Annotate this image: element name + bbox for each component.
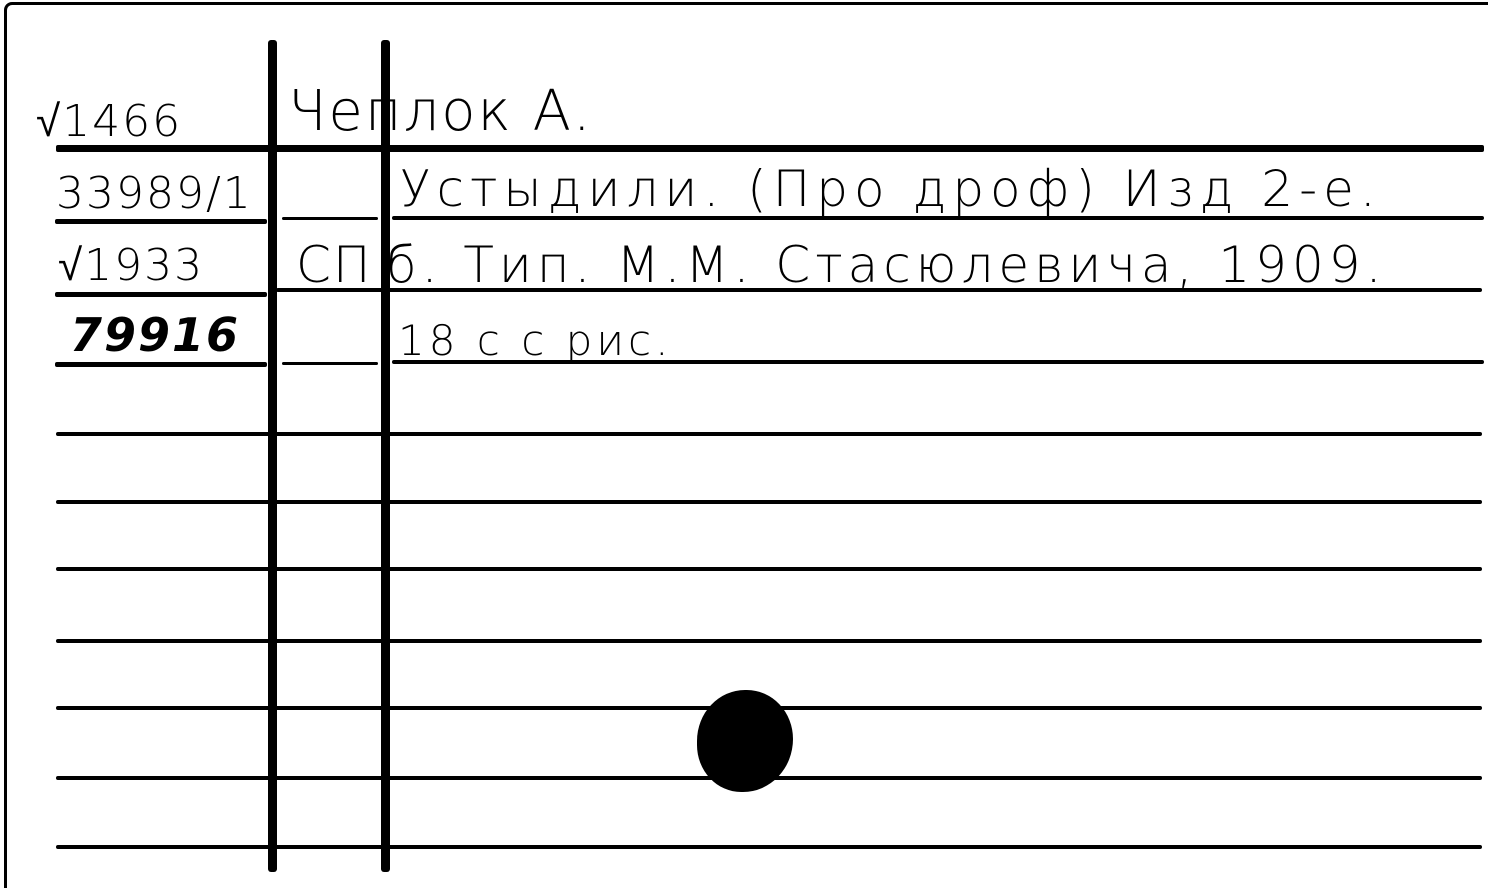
rule-line-4-left — [55, 362, 267, 367]
rule-line-2-left — [55, 219, 267, 224]
author-line: Чеплок А. — [288, 84, 593, 140]
accession-number: 79916 — [70, 312, 240, 358]
rule-line-2-mid — [282, 217, 378, 220]
rule-line-7 — [56, 567, 1482, 571]
rule-line-6 — [56, 500, 1482, 504]
collation-line: 18 с с рис. — [398, 320, 672, 362]
rule-line-8 — [56, 639, 1482, 643]
rule-line-11 — [56, 845, 1482, 849]
vertical-rule-right — [381, 40, 390, 872]
title-line: Устыдили. (Про дроф) Изд 2-е. — [400, 164, 1382, 214]
rule-line-1 — [56, 145, 1484, 152]
imprint-line: б. Тип. М.М. Стасюлевича, 1909. — [386, 240, 1386, 290]
call-number-1: √1466 — [36, 100, 182, 144]
inventory-number: 33989/1 — [56, 172, 253, 216]
rule-line-3-left — [55, 292, 267, 297]
rule-line-4-mid — [282, 362, 378, 365]
rule-line-5 — [56, 432, 1482, 436]
vertical-rule-left — [268, 40, 277, 872]
call-number-2: √1933 — [58, 244, 204, 288]
place-prefix: СП — [296, 240, 373, 290]
